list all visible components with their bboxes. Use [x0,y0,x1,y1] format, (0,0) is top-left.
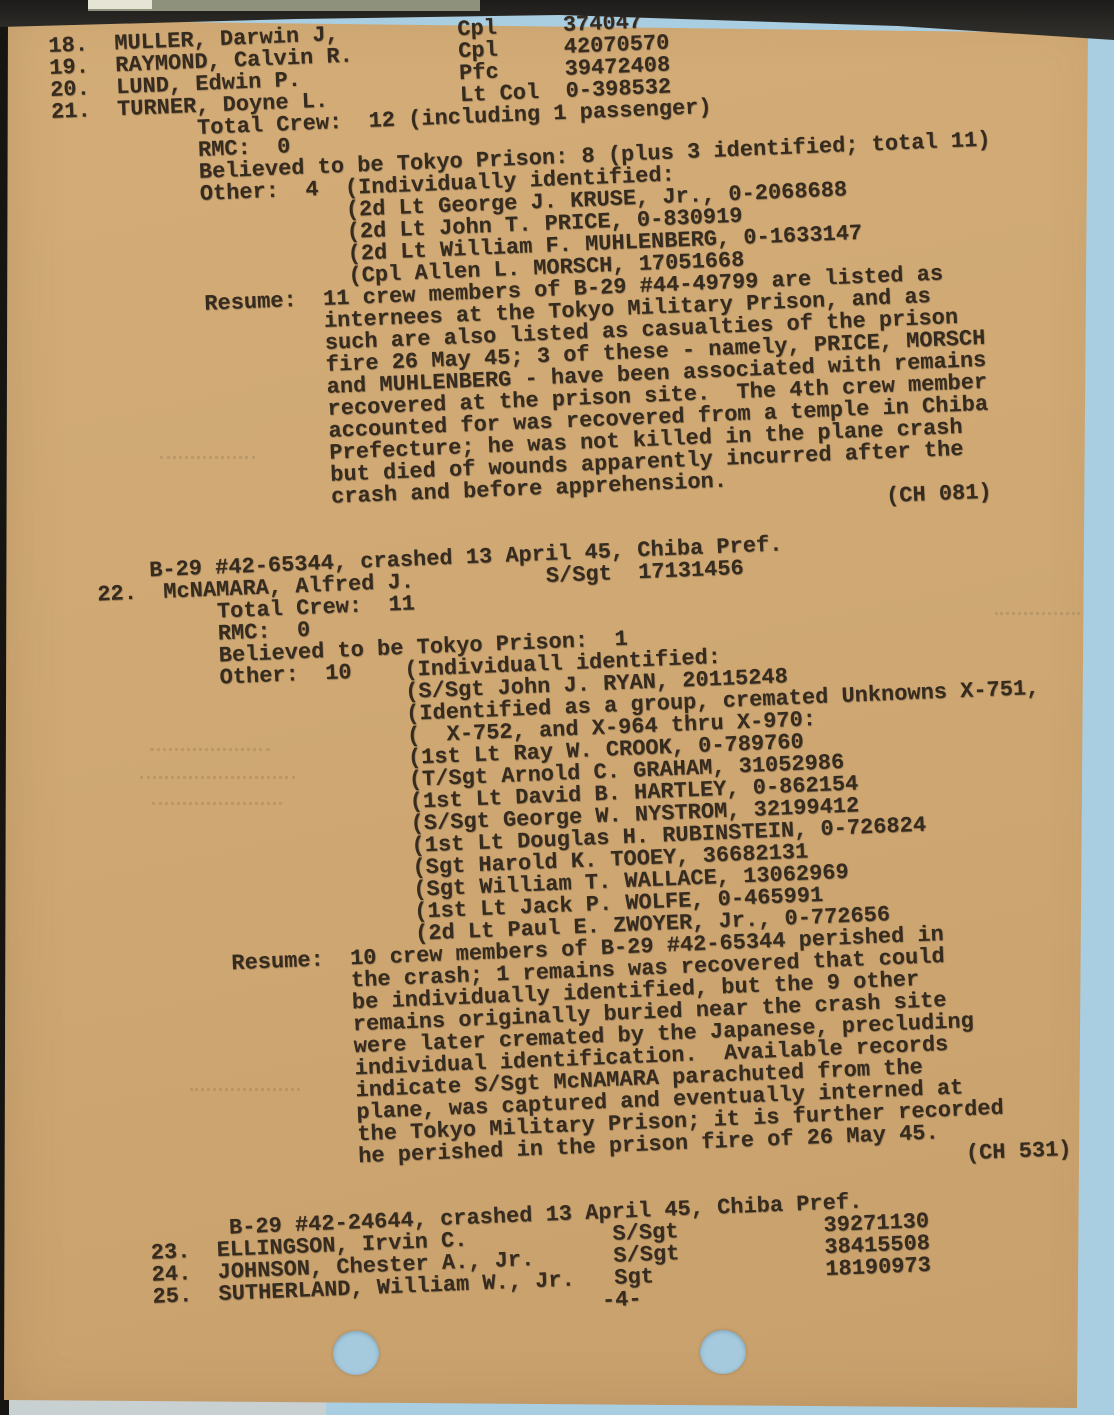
scanned-document-page: { "colors": { "paper_tan": "#cfa873", "i… [0,0,1114,1415]
typed-text-block: 18. MULLER, Darwin J, Cpl 37404719. RAYM… [48,0,1114,1333]
punch-hole-left [333,1331,379,1375]
punch-hole-right [700,1330,746,1374]
scanner-bottom-strip [6,1400,326,1415]
top-band-light-patch [88,0,152,9]
